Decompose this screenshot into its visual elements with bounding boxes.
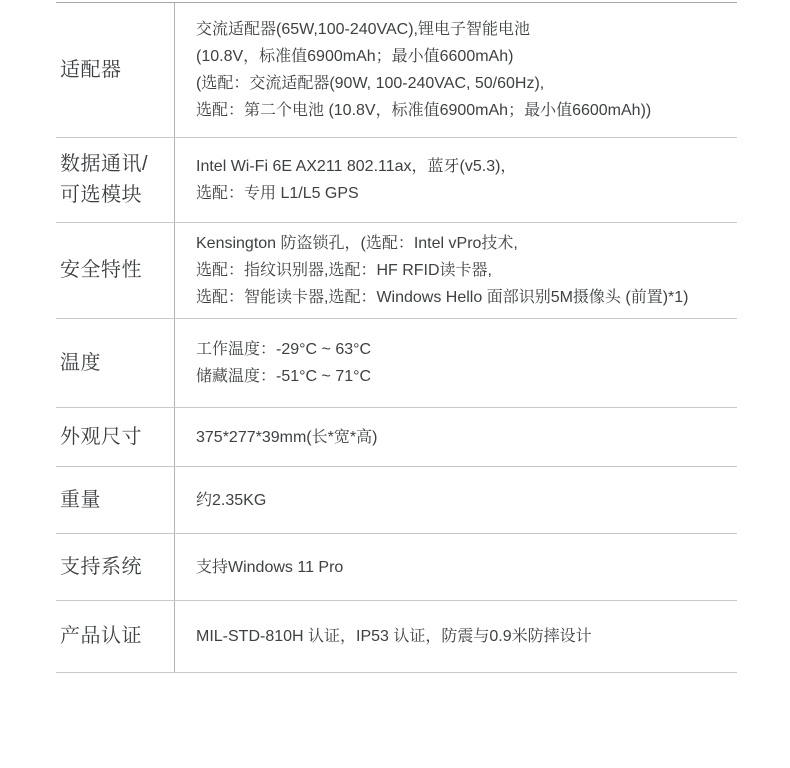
row-content-certification: MIL-STD-810H 认证，IP53 认证，防震与0.9米防摔设计 [175, 601, 737, 672]
row-label-temperature: 温度 [56, 319, 175, 407]
row-label-adapter: 适配器 [56, 3, 175, 137]
row-label-os: 支持系统 [56, 534, 175, 600]
row-label-communication: 数据通讯/ 可选模块 [56, 138, 175, 222]
row-content-dimensions: 375*277*39mm(长*宽*高) [175, 408, 737, 466]
spec-row-temperature: 温度 工作温度：-29°C ~ 63°C 储藏温度：-51°C ~ 71°C [56, 319, 737, 408]
row-content-weight: 约2.35KG [175, 467, 737, 533]
row-content-temperature: 工作温度：-29°C ~ 63°C 储藏温度：-51°C ~ 71°C [175, 319, 737, 407]
product-spec-table: 适配器 交流适配器(65W,100-240VAC),锂电子智能电池 (10.8V… [56, 2, 737, 673]
spec-row-certification: 产品认证 MIL-STD-810H 认证，IP53 认证，防震与0.9米防摔设计 [56, 601, 737, 673]
row-label-dimensions: 外观尺寸 [56, 408, 175, 466]
row-content-communication: Intel Wi-Fi 6E AX211 802.11ax，蓝牙(v5.3)， … [175, 138, 737, 222]
row-content-security: Kensington 防盗锁孔，(选配：Intel vPro技术, 选配：指纹识… [175, 223, 737, 318]
spec-row-security: 安全特性 Kensington 防盗锁孔，(选配：Intel vPro技术, 选… [56, 223, 737, 319]
row-label-security: 安全特性 [56, 223, 175, 318]
spec-row-weight: 重量 约2.35KG [56, 467, 737, 534]
spec-row-communication: 数据通讯/ 可选模块 Intel Wi-Fi 6E AX211 802.11ax… [56, 138, 737, 223]
row-label-certification: 产品认证 [56, 601, 175, 672]
row-content-os: 支持Windows 11 Pro [175, 534, 737, 600]
row-label-weight: 重量 [56, 467, 175, 533]
row-content-adapter: 交流适配器(65W,100-240VAC),锂电子智能电池 (10.8V，标准值… [175, 3, 737, 137]
spec-row-dimensions: 外观尺寸 375*277*39mm(长*宽*高) [56, 408, 737, 467]
spec-row-adapter: 适配器 交流适配器(65W,100-240VAC),锂电子智能电池 (10.8V… [56, 3, 737, 138]
spec-row-os: 支持系统 支持Windows 11 Pro [56, 534, 737, 601]
